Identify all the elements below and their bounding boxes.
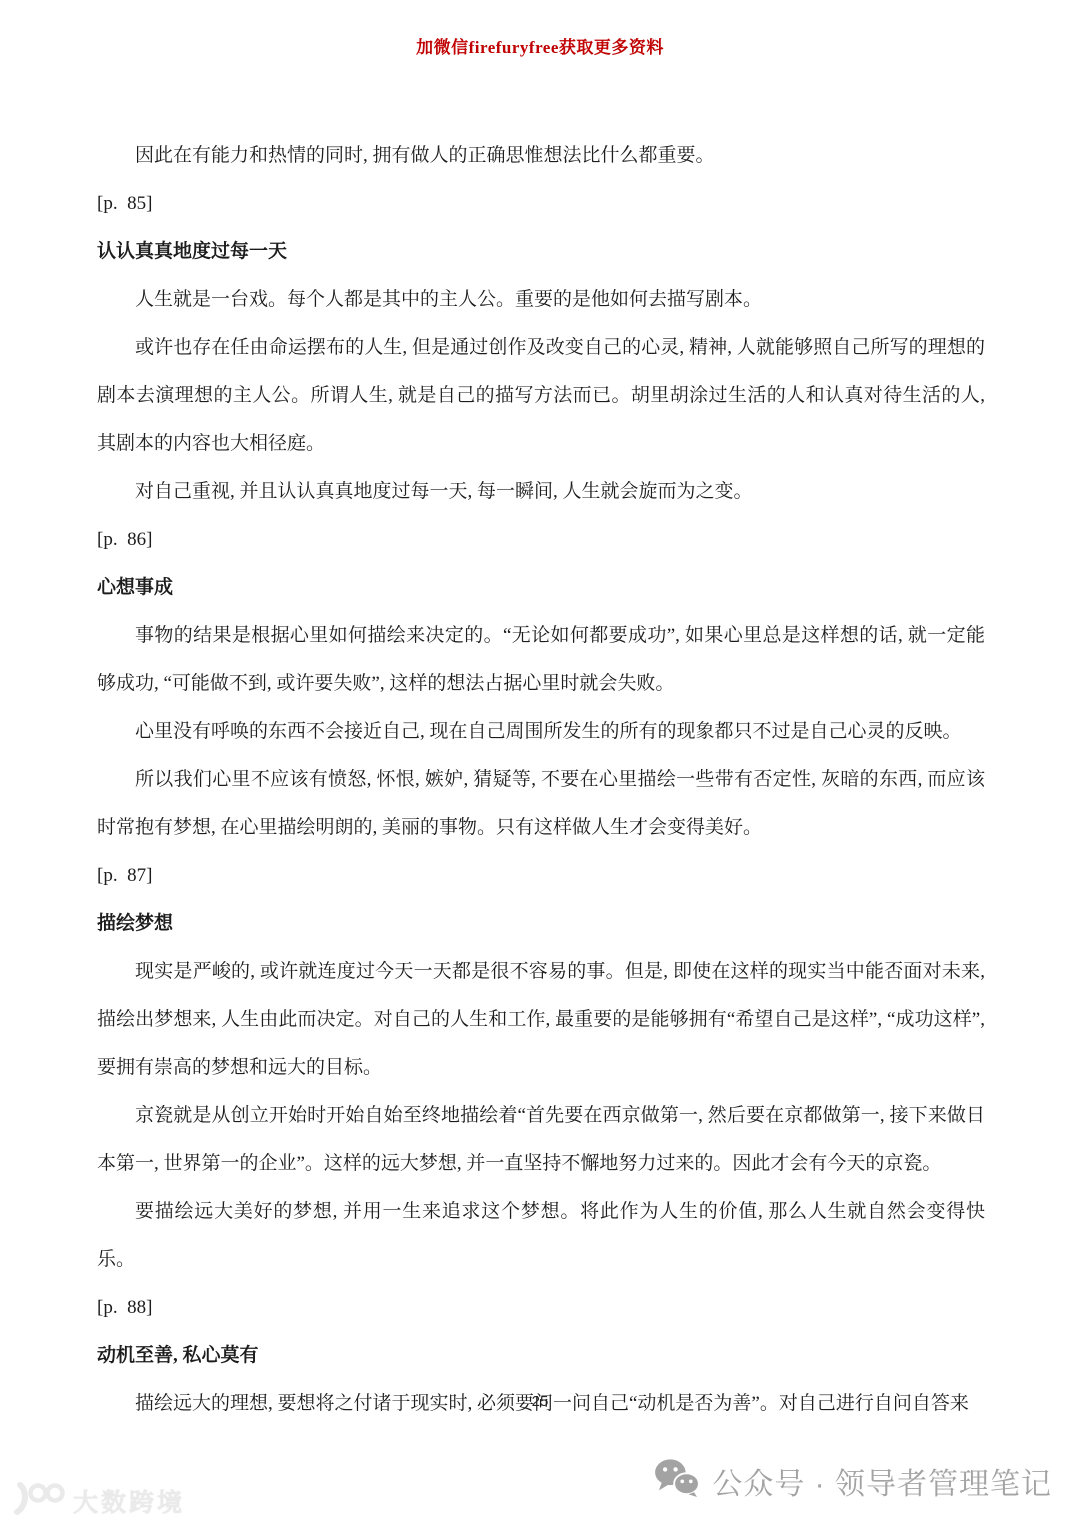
- document-page: 加微信firefuryfree获取更多资料 因此在有能力和热情的同时, 拥有做人…: [0, 0, 1080, 1527]
- document-body: 因此在有能力和热情的同时, 拥有做人的正确思惟想法比什么都重要。[p. 85]认…: [97, 132, 985, 1428]
- wechat-icon: [654, 1458, 700, 1503]
- paragraph: 人生就是一台戏。每个人都是其中的主人公。重要的是他如何去描写剧本。: [97, 276, 985, 324]
- paragraph: 或许也存在任由命运摆布的人生, 但是通过创作及改变自己的心灵, 精神, 人就能够…: [97, 324, 985, 468]
- page-number: 25: [0, 1393, 1080, 1410]
- footer-left-watermark: 大数跨境: [10, 1480, 185, 1521]
- paragraph: 因此在有能力和热情的同时, 拥有做人的正确思惟想法比什么都重要。: [97, 132, 985, 180]
- paragraph: 事物的结果是根据心里如何描绘来决定的。“无论如何都要成功”, 如果心里总是这样想…: [97, 612, 985, 708]
- section-heading: 心想事成: [97, 564, 985, 612]
- dashu-watermark-label: 大数跨境: [73, 1483, 185, 1519]
- paragraph: 要描绘远大美好的梦想, 并用一生来追求这个梦想。将此作为人生的价值, 那么人生就…: [97, 1188, 985, 1284]
- official-account-label: 公众号 · 领导者管理笔记: [712, 1459, 1052, 1503]
- section-heading: 认认真真地度过每一天: [97, 228, 985, 276]
- section-heading: 描绘梦想: [97, 900, 985, 948]
- paragraph: 现实是严峻的, 或许就连度过今天一天都是很不容易的事。但是, 即使在这样的现实当…: [97, 948, 985, 1092]
- paragraph: 对自己重视, 并且认认真真地度过每一天, 每一瞬间, 人生就会旋而为之变。: [97, 468, 985, 516]
- page-marker: [p. 88]: [97, 1284, 985, 1332]
- header-watermark: 加微信firefuryfree获取更多资料: [0, 33, 1080, 58]
- footer-right-watermark: 公众号 · 领导者管理笔记: [654, 1458, 1052, 1503]
- paragraph: 心里没有呼唤的东西不会接近自己, 现在自己周围所发生的所有的现象都只不过是自己心…: [97, 708, 985, 756]
- paragraph: 京瓷就是从创立开始时开始自始至终地描绘着“首先要在西京做第一, 然后要在京都做第…: [97, 1092, 985, 1188]
- page-marker: [p. 87]: [97, 852, 985, 900]
- section-heading: 动机至善, 私心莫有: [97, 1332, 985, 1380]
- page-marker: [p. 86]: [97, 516, 985, 564]
- page-marker: [p. 85]: [97, 180, 985, 228]
- dashu-logo-icon: [10, 1480, 66, 1521]
- paragraph: 所以我们心里不应该有愤怒, 怀恨, 嫉妒, 猜疑等, 不要在心里描绘一些带有否定…: [97, 756, 985, 852]
